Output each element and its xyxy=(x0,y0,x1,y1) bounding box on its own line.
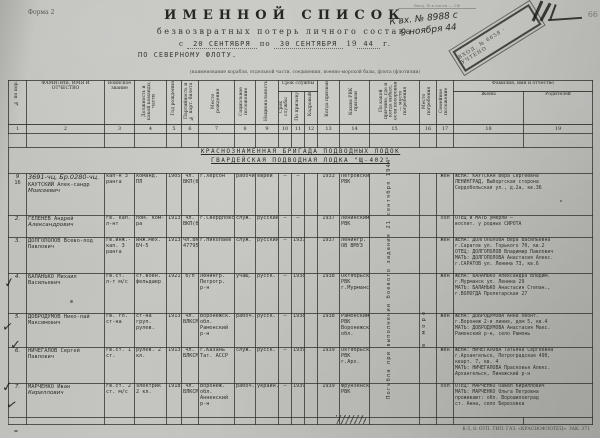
cell-name: ГЕЛЕНЕВ АндрейАлександрович xyxy=(27,216,105,238)
cell-s2: 1937 xyxy=(292,238,305,274)
cell-party: чл. ВКП(б) xyxy=(182,216,199,238)
column-number-17: 17 xyxy=(437,125,454,134)
year-prefix: 19 xyxy=(346,40,357,48)
column-header-4: Должность и какой команды, части xyxy=(135,81,167,125)
cell-drafted: 1939 xyxy=(318,348,340,384)
cell-nat: русск. xyxy=(256,348,279,384)
page-number: 66 xyxy=(588,10,598,19)
cell-social: рабочий xyxy=(235,174,256,216)
column-number-2: 2 xyxy=(27,125,105,134)
fleet-caption: (наименование корабля, отдельной части, … xyxy=(110,70,500,75)
cell-rank: кап-н 3 ранга xyxy=(105,174,135,216)
date-to: 30 СЕНТЯБРЯ xyxy=(274,40,343,49)
date-from: 20 СЕНТЯБРЯ xyxy=(187,40,256,49)
cell-family-contacts: ОТЕЦ и МАТЬ умерли — воспит. у родных СИ… xyxy=(454,216,593,238)
cell-rank: гв.ст. 1 ст. xyxy=(105,348,135,384)
column-group-family: Фамилия, имя и отчество xyxy=(454,81,593,92)
cell-place: Ленингр. Петрогр. р-н xyxy=(199,274,235,314)
table-row: 5.ДОБРОДУМОВ Нико-лай Максимовичгв. гл. … xyxy=(9,314,593,348)
column-number-15: 15 xyxy=(370,125,420,134)
table-row: 7.МАРЧЕНКО ИванКирилловичгв.ст. 2 ст. м/… xyxy=(9,384,593,418)
cell-pos: команд. ПЛ xyxy=(135,174,167,216)
cell-s3 xyxy=(305,216,318,238)
cell-party: чл.ВКП(б) 4779590 xyxy=(182,238,199,274)
column-number-7: 7 xyxy=(199,125,235,134)
column-number-14: 14 xyxy=(340,125,370,134)
cell-family-contacts: ЖЕНА: НИЧЕГАЛОВА Татьяна Сергеевна г.Арх… xyxy=(454,348,593,384)
column-number-8: 8 xyxy=(235,125,256,134)
cell-no: 6. xyxy=(9,348,27,384)
column-header-17: Семейное положение xyxy=(437,81,454,125)
date-mid: по xyxy=(260,40,271,48)
table-row: 2.ГЕЛЕНЕВ АндрейАлександровичгв. кап. л-… xyxy=(9,216,593,238)
column-number-18: 18 xyxy=(454,125,524,134)
cell-social: служ. xyxy=(235,238,256,274)
column-header-8: Социальное положение xyxy=(235,81,256,125)
column-header-18: Жены xyxy=(454,92,524,125)
column-header-9: Национальность xyxy=(256,81,279,125)
table-row: 3.ДОЛГОПОЛОВ Всево-лод Павловичгв.инж.-к… xyxy=(9,238,593,274)
cell-family-contacts: ЖЕНА: КАУТСКАЯ Вера Сергеевна ЛЕНИНГРАД,… xyxy=(454,174,593,216)
cell-s1: — xyxy=(279,274,292,314)
column-number-12: 12 xyxy=(305,125,318,134)
table-row: 6.НИЧЕГАЛОВ Сергей Павловичгв.ст. 1 ст.р… xyxy=(9,348,593,384)
cell-drafted: 1937 xyxy=(318,216,340,238)
cell-name: ДОБРОДУМОВ Нико-лай Максимович xyxy=(27,314,105,348)
cell-rank: гв.ст. л-т м/с xyxy=(105,274,135,314)
cell-s3 xyxy=(305,348,318,384)
column-number-16: 16 xyxy=(420,125,437,134)
cell-party: чл. ВЛКСМ xyxy=(182,384,199,418)
cell-place: Воронеж. обл. Анненский р-н xyxy=(199,384,235,418)
cell-s3 xyxy=(305,384,318,418)
cell-s2: 1938 xyxy=(292,274,305,314)
column-number-3: 3 xyxy=(105,125,135,134)
cell-social: учащ. xyxy=(235,274,256,314)
cell-nat: украин. xyxy=(256,384,279,418)
cell-place: г.Казань Тат. АССР xyxy=(199,348,235,384)
print-shop-mark: К-5, 8. ОТП. ТИП. ГАЗ. «КРАСНОФЛОТЕЦ». З… xyxy=(462,427,590,432)
column-group-service: Срок службы xyxy=(279,81,318,92)
cell-pos: пом. ком-ра xyxy=(135,216,167,238)
column-number-13: 13 xyxy=(318,125,340,134)
cell-famstat: хол xyxy=(437,216,454,238)
checkmark-icon: ✓ xyxy=(1,319,14,335)
cell-rvk: Ленинским РВК xyxy=(340,216,370,238)
cell-rvk: Октябрьск. РВК г.Арх. xyxy=(340,348,370,384)
column-number-9: 9 xyxy=(256,125,279,134)
cell-party: чл. ВКП(б) xyxy=(182,174,199,216)
cell-pos: электрик 2 кл. xyxy=(135,384,167,418)
cell-pos: ст.воен. фельдшер xyxy=(135,274,167,314)
cell-family-contacts: ЖЕНА: ДОЛГОПОЛОВА Вера Васильевна г.Сара… xyxy=(454,238,593,274)
column-number-1: 1 xyxy=(9,125,27,134)
cell-s1: — xyxy=(279,384,292,418)
cell-pos: ст-на груп. рулев. xyxy=(135,314,167,348)
cell-nat: русск. xyxy=(256,274,279,314)
cell-s3 xyxy=(305,174,318,216)
cell-social: рабоч. xyxy=(235,384,256,418)
column-number-19: 19 xyxy=(524,125,593,134)
date-line: с 20 СЕНТЯБРЯ по 30 СЕНТЯБРЯ 1944 г. xyxy=(120,40,450,48)
cell-name: МАРЧЕНКО ИванКириллович xyxy=(27,384,105,418)
cell-s2: — xyxy=(292,174,305,216)
column-number-5: 5 xyxy=(167,125,182,134)
cell-drafted: 1937 xyxy=(318,238,340,274)
column-header-13: Когда призван xyxy=(318,81,340,125)
cell-s2: 1938 xyxy=(292,314,305,348)
cell-s2: — xyxy=(292,216,305,238)
cell-nat: русский xyxy=(256,238,279,274)
cell-family-contacts: ОТЕЦ: МАРЧЕНКО Павел Кириллович МАТЬ: МА… xyxy=(454,384,593,418)
cell-name: 3691-чц, Бр.0280-чц.КАУТСКИЙ Алек-сандрМ… xyxy=(27,174,105,216)
cell-name: ДОЛГОПОЛОВ Всево-лод Павлович xyxy=(27,238,105,274)
column-header-7: Место рождения xyxy=(199,81,235,125)
cell-nat: русский xyxy=(256,216,279,238)
cell-rank: гв.ст. 2 ст. м/с xyxy=(105,384,135,418)
column-header-12: Кадровый xyxy=(305,92,318,125)
cell-born: 1913 xyxy=(167,216,182,238)
cell-party: б/п xyxy=(182,274,199,314)
cell-drafted: 1939 xyxy=(318,384,340,418)
unit-section-heading: КРАСНОЗНАМЕННАЯ БРИГАДА ПОДВОДНЫХ ЛОДОКГ… xyxy=(9,148,593,174)
table-row: 9163691-чц, Бр.0280-чц.КАУТСКИЙ Алек-сан… xyxy=(9,174,593,216)
form-number-label: Форма 2 xyxy=(28,9,54,16)
column-number-6: 6 xyxy=(182,125,199,134)
cell-family-contacts: ЖЕНА: БАЛАНЬКО Александра Владим. г.Мурм… xyxy=(454,274,593,314)
cell-no: 2. xyxy=(9,216,27,238)
cell-pos: рулев. 2 кл. xyxy=(135,348,167,384)
cell-born: 1918 xyxy=(167,384,182,418)
cell-drafted: 1938 xyxy=(318,314,340,348)
cell-burial xyxy=(420,384,437,418)
column-header-10: Срок службы xyxy=(279,92,292,125)
cell-place: г.Свердловск xyxy=(199,216,235,238)
column-number-10: 10 xyxy=(279,125,292,134)
column-number-11: 11 xyxy=(292,125,305,134)
column-number-4: 4 xyxy=(135,125,167,134)
column-header-15: По какой причине, где и когда выбыл, есл… xyxy=(370,81,420,125)
cell-pos: инж.мех. БЧ-5 xyxy=(135,238,167,274)
cell-drafted: 1933 xyxy=(318,174,340,216)
scanned-document-page: Форма 2 66 ИМЕННОЙ СПИСОК безвозвратных … xyxy=(0,0,600,438)
cell-s2: 1939 xyxy=(292,348,305,384)
cell-name: БАЛАНЬКО Михаил Васильевич xyxy=(27,274,105,314)
column-header-19: Родителей xyxy=(524,92,593,125)
cell-s1: — xyxy=(279,314,292,348)
fleet-line: ПО СЕВЕРНОМУ ФЛОТУ. xyxy=(120,51,450,59)
cell-rank: гв. кап. л-нт xyxy=(105,216,135,238)
column-header-11: По призыву xyxy=(292,92,305,125)
cell-place: Воронежск. обл. Рамонский р-н xyxy=(199,314,235,348)
hatch-mark xyxy=(336,415,366,424)
cell-social: служ. xyxy=(235,348,256,384)
column-header-14: Каким РВК призван xyxy=(340,81,370,125)
cell-s3 xyxy=(305,274,318,314)
cell-social: служ. xyxy=(235,216,256,238)
cell-burial xyxy=(420,216,437,238)
column-header-6: Партийность и № парт. билета xyxy=(182,81,199,125)
column-header-3: Воинское звание xyxy=(105,81,135,125)
cell-rvk: Ленингр. ОВ ВМУЗ xyxy=(340,238,370,274)
cell-burial xyxy=(420,174,437,216)
year-value: 44 xyxy=(357,40,379,49)
cell-drafted: 1938 xyxy=(318,274,340,314)
cell-nat: русск. xyxy=(256,314,279,348)
date-prefix: с xyxy=(179,40,184,48)
cell-place: г.Херсон xyxy=(199,174,235,216)
column-header-5: Год рождения xyxy=(167,81,182,125)
column-header-1: № по пор. xyxy=(9,81,27,125)
cell-family-contacts: ЖЕНА: ДОБРОДУМОВА Анна Леонт. г.Воронеж … xyxy=(454,314,593,348)
cell-famstat: жен xyxy=(437,314,454,348)
cell-famstat: жен xyxy=(437,238,454,274)
loss-cause-vertical-note: Погибла при выполнении боевого задания 2… xyxy=(386,148,412,410)
cell-rvk: Рамонским РВК Воронежск. обл. xyxy=(340,314,370,348)
cell-rank: гв. гл. ст-на xyxy=(105,314,135,348)
ink-marks xyxy=(528,0,588,26)
casualty-list-table: № по пор.ФАМИЛИЯ, ИМЯ И ОТЧЕСТВОВоинское… xyxy=(8,80,593,425)
cell-s3 xyxy=(305,238,318,274)
cell-rank: гв.инж.-кап. 3 ранга xyxy=(105,238,135,274)
cell-famstat: жен xyxy=(437,174,454,216)
cell-no: 3. xyxy=(9,238,27,274)
cell-s1: — xyxy=(279,174,292,216)
column-header-2: ФАМИЛИЯ, ИМЯ И ОТЧЕСТВО xyxy=(27,81,105,125)
cell-party: чл. ВЛКСМ xyxy=(182,314,199,348)
cell-born: 1905 xyxy=(167,174,182,216)
cell-famstat: жен xyxy=(437,348,454,384)
cell-name: НИЧЕГАЛОВ Сергей Павлович xyxy=(27,348,105,384)
cell-rvk: Фрунзенским РВК xyxy=(340,384,370,418)
cell-rvk: Петровским РВК xyxy=(340,174,370,216)
cell-s1: — xyxy=(279,238,292,274)
cell-born: 1913 xyxy=(167,314,182,348)
cell-place: г.Николаев xyxy=(199,238,235,274)
cell-nat: еврей xyxy=(256,174,279,216)
checkmark-icon: ✓ xyxy=(10,338,21,353)
cell-rvk: Октябрьск. РВК г.Мурманск xyxy=(340,274,370,314)
cell-famstat: хол xyxy=(437,384,454,418)
cell-born: 1913 xyxy=(167,348,182,384)
cell-s2: 1939 xyxy=(292,384,305,418)
table-row: 4.БАЛАНЬКО Михаил Васильевичгв.ст. л-т м… xyxy=(9,274,593,314)
faint-receipt-note: Вход. № в части — СФ xyxy=(398,3,476,9)
cell-party: чл. ВЛКСМ xyxy=(182,348,199,384)
cell-s3 xyxy=(305,314,318,348)
checkmark-icon: ✓ xyxy=(1,379,14,395)
year-suffix: г. xyxy=(383,40,391,48)
cell-born: 1913 xyxy=(167,238,182,274)
cell-social: рабоч. xyxy=(235,314,256,348)
cell-no: 916 xyxy=(9,174,27,216)
column-header-16: Место погребения xyxy=(420,81,437,125)
cell-famstat: жен xyxy=(437,274,454,314)
cell-s1: — xyxy=(279,348,292,384)
cell-born: 1921 xyxy=(167,274,182,314)
cell-s1: — xyxy=(279,216,292,238)
burial-place-vertical-note: в море xyxy=(421,268,434,388)
